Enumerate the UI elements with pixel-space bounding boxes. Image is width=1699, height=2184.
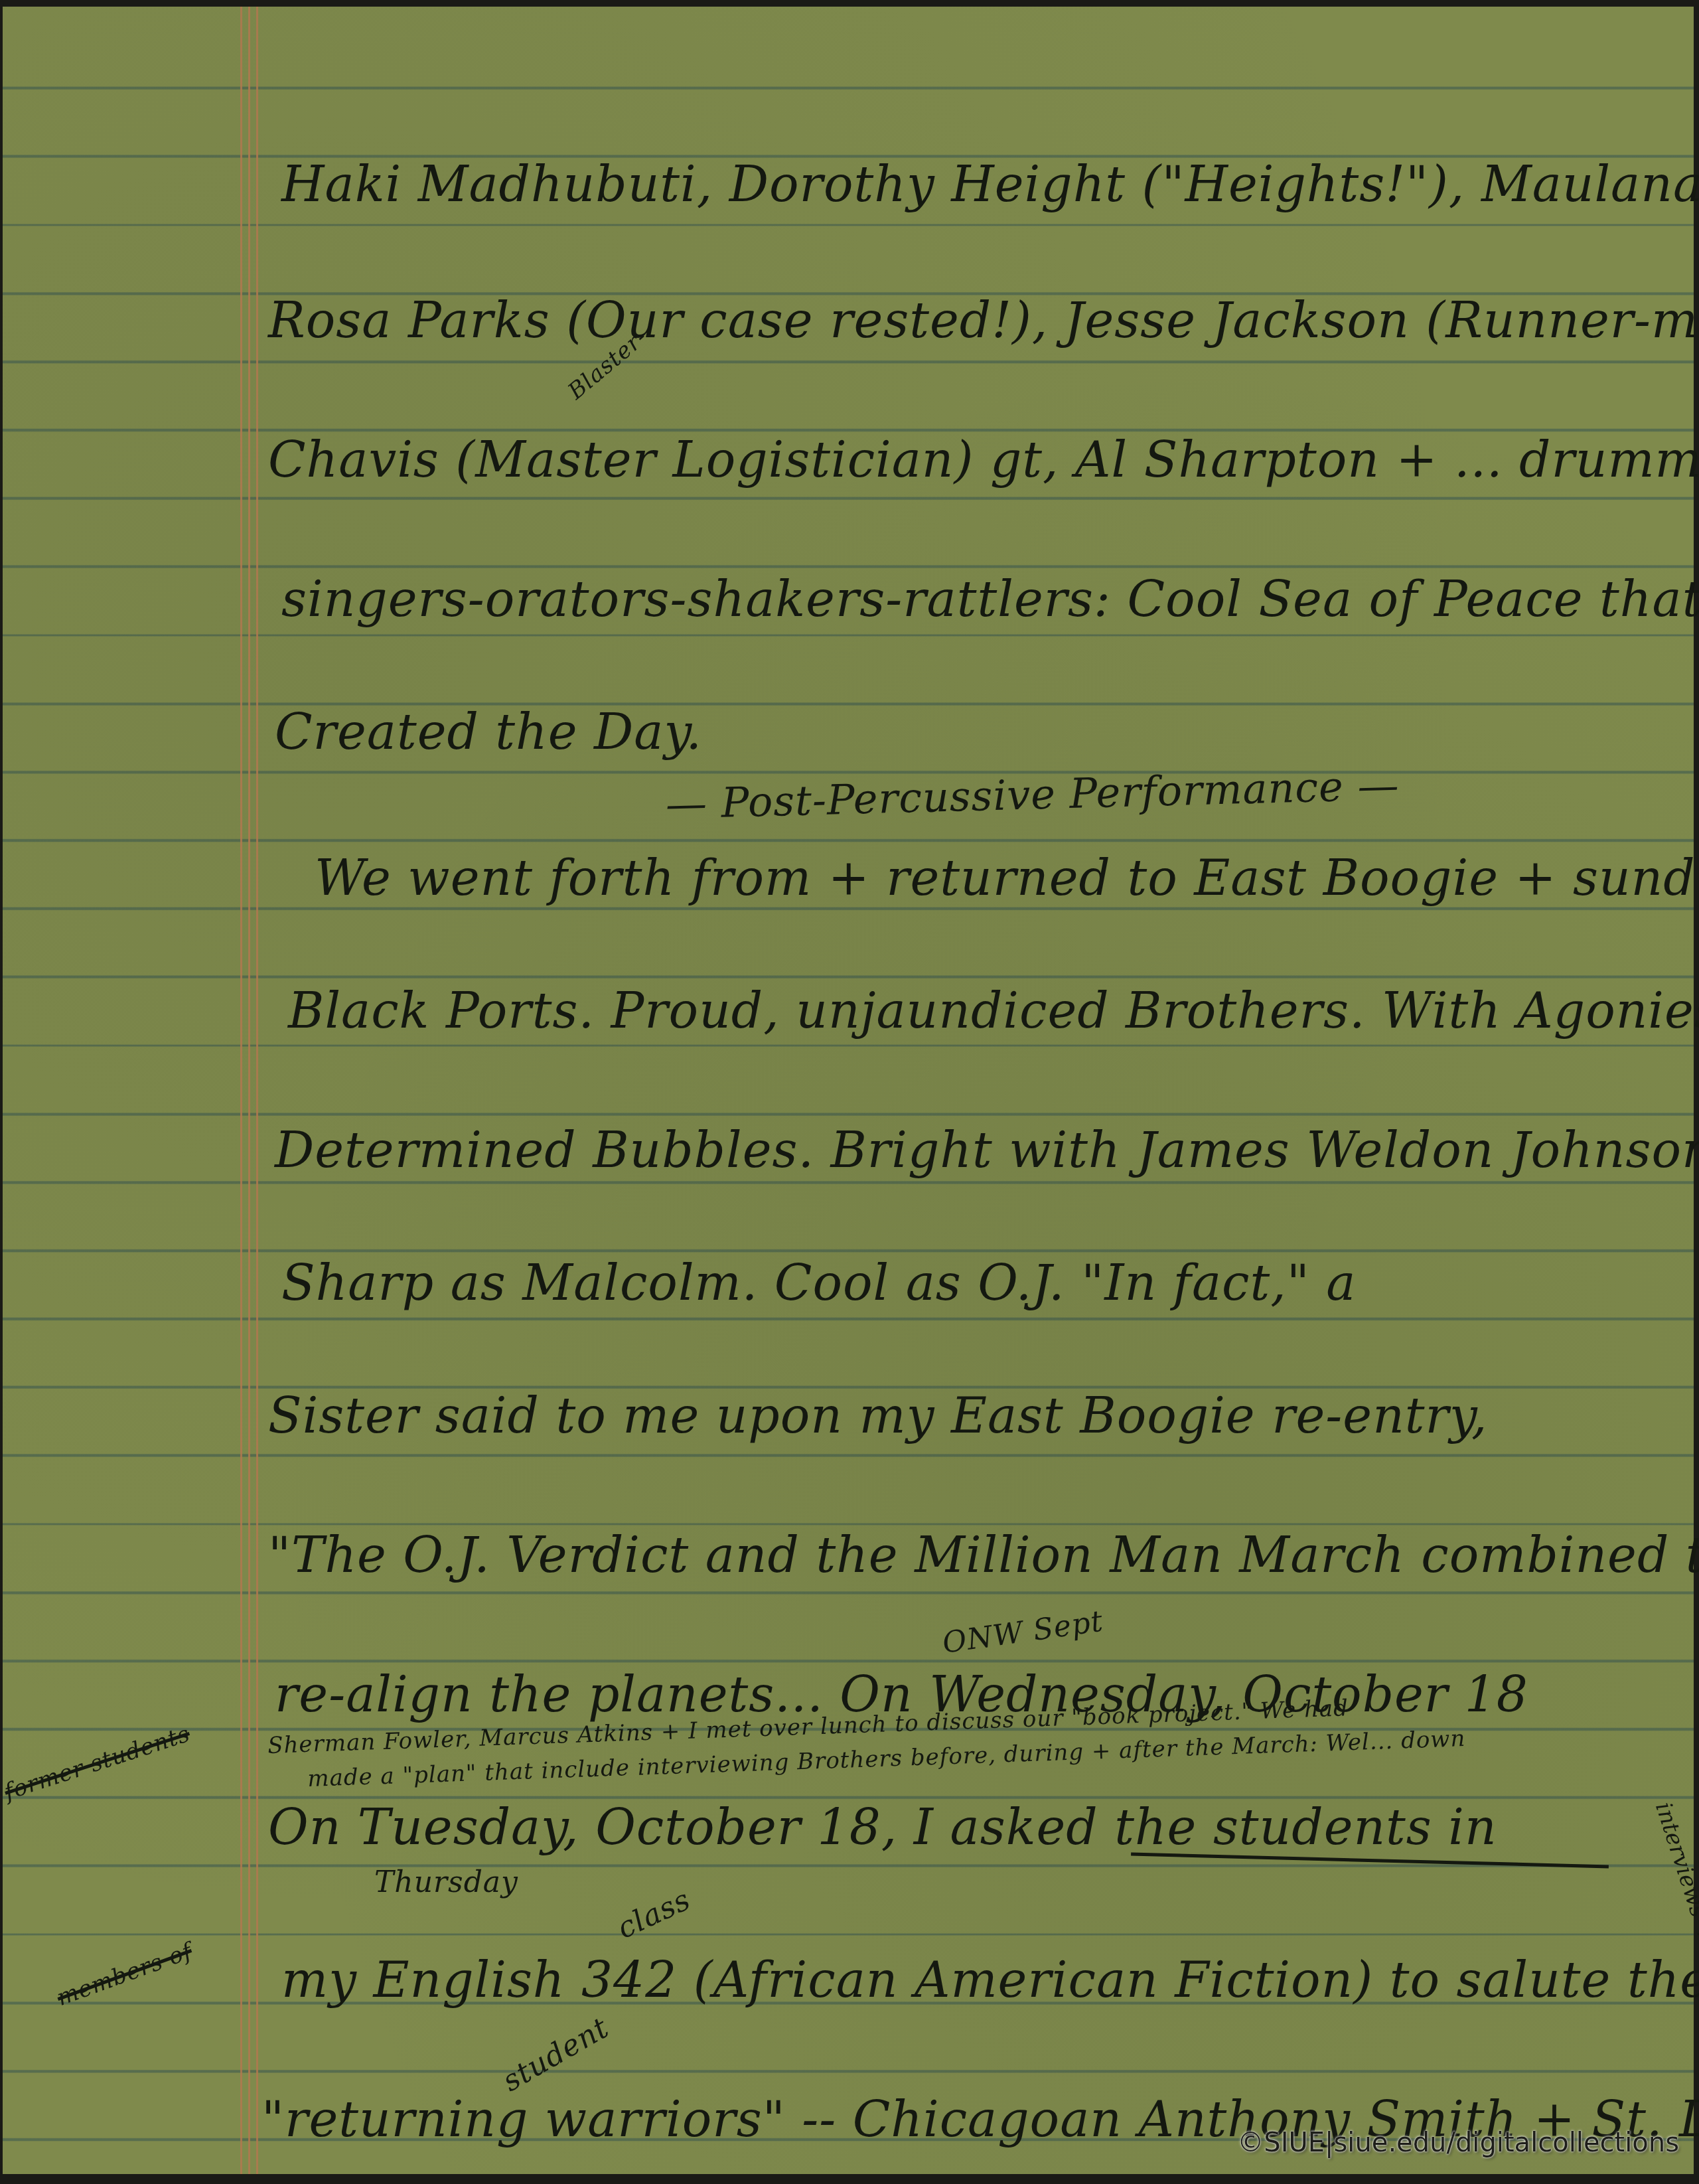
handwritten-line-5: Created the Day. xyxy=(275,704,702,761)
handwritten-line-8: Determined Bubbles. Bright with James We… xyxy=(275,1122,1699,1179)
insertion-above-line-14: class xyxy=(612,1883,696,1946)
copyright-watermark: ©SIUE|siue.edu/digitalcollections xyxy=(1237,2128,1679,2158)
handwritten-line-10: Sister said to me upon my East Boogie re… xyxy=(268,1387,1487,1444)
handwritten-line-9: Sharp as Malcolm. Cool as O.J. "In fact,… xyxy=(281,1255,1356,1312)
left-margin-note-2: members of xyxy=(53,1938,196,2011)
handwritten-line-13: On Tuesday, October 18, I asked the stud… xyxy=(268,1799,1497,1856)
section-heading: — Post-Percussive Performance — xyxy=(665,761,1400,828)
handwritten-line-11: "The O.J. Verdict and the Million Man Ma… xyxy=(268,1527,1699,1584)
insertion-above-line-12: ONW Sept xyxy=(940,1604,1106,1660)
insertion-above-line-15: student xyxy=(497,2011,615,2098)
replacement-below-line-13: Thursday xyxy=(374,1865,518,1899)
margin-line xyxy=(256,7,258,2174)
handwritten-line-3: Chavis (Master Logistician) gt, Al Sharp… xyxy=(268,431,1699,489)
handwritten-line-7: Black Ports. Proud, unjaundiced Brothers… xyxy=(288,982,1699,1040)
handwritten-line-6: We went forth from + returned to East Bo… xyxy=(315,850,1699,907)
handwritten-line-14: my English 342 (African American Fiction… xyxy=(281,1952,1699,2009)
margin-line xyxy=(248,7,250,2174)
handwritten-line-1: Haki Madhubuti, Dorothy Height ("Heights… xyxy=(281,156,1699,213)
handwritten-line-4: singers-orators-shakers-rattlers: Cool S… xyxy=(281,571,1699,628)
margin-line xyxy=(240,7,242,2174)
left-margin-note-1: former students xyxy=(1,1721,194,1806)
legal-pad-page: Haki Madhubuti, Dorothy Height ("Heights… xyxy=(3,7,1694,2174)
handwritten-line-2: Rosa Parks (Our case rested!), Jesse Jac… xyxy=(268,292,1699,349)
